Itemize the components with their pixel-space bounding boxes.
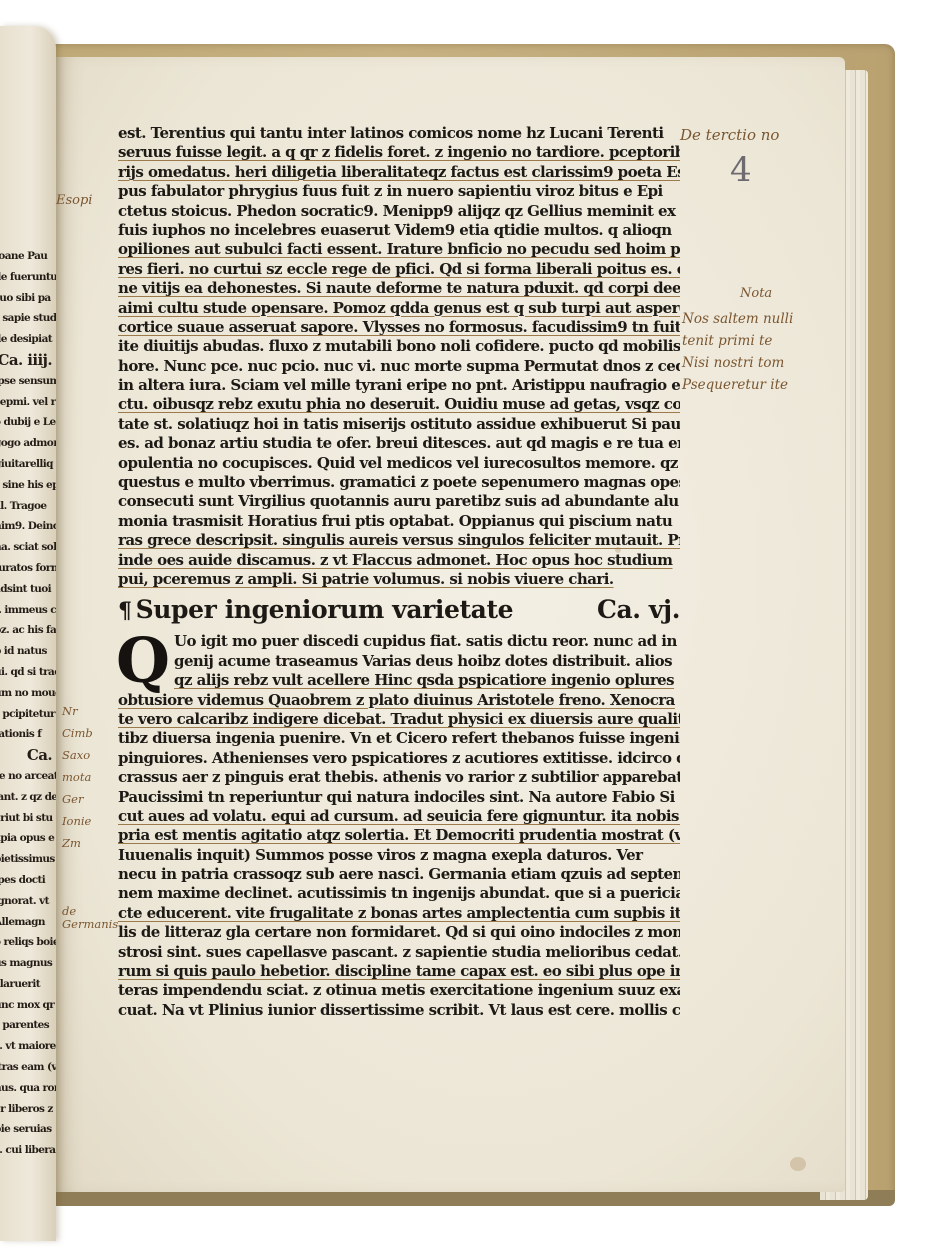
left-page-line: adsint tuoi: [0, 579, 56, 600]
left-page-line: suo sibi pa: [0, 288, 56, 309]
text-line: es. ad bonaz artiu studia te ofer. breui…: [118, 434, 680, 453]
marginal-note-esopi: Esopi: [56, 193, 92, 208]
left-page-line: nim9. Deinc: [0, 516, 56, 537]
text-line: in altera iura. Sciam vel mille tyrani e…: [118, 376, 680, 395]
left-page-line: s sine his epi: [0, 475, 56, 496]
text-line: strosi sint. sues capellasve pascant. z …: [118, 943, 680, 962]
text-line: pinguiores. Athenienses vero pspicatiore…: [118, 749, 680, 768]
marginal-note-top-right: De terctio no: [680, 126, 779, 144]
text-line: est. Terentius qui tantu inter latinos c…: [118, 124, 680, 143]
text-line: pus fabulator phrygius fuus fuit z in nu…: [118, 182, 680, 201]
text-line: cte educerent. vite frugalitate z bonas …: [118, 904, 680, 923]
left-page-line: o dubij e Lesig: [0, 412, 56, 433]
text-line: ras grece descripsit. singulis aureis ve…: [118, 531, 680, 550]
left-page-line: de fueruntu: [0, 267, 56, 288]
marginal-note-line: Psequeretur ite: [682, 374, 793, 396]
left-page-line: s pcipitetur: [0, 704, 56, 725]
pencil-folio-number: 4: [730, 150, 752, 190]
text-line: tate st. solatiuqz hoi in tatis miserijs…: [118, 415, 680, 434]
text-line: opiliones aut subulci facti essent. Irat…: [118, 240, 680, 259]
text-line: tibz diuersa ingenia puenire. Vn et Cice…: [118, 729, 680, 748]
text-line: res fieri. no curtui sz eccle rege de pf…: [118, 260, 680, 279]
text-line: crassus aer z pinguis erat thebis. athen…: [118, 768, 680, 787]
left-page-line: b id natus: [0, 641, 56, 662]
text-line: necu in patria crassoqz sub aere nasci. …: [118, 865, 680, 884]
text-line: Paucissimi tn reperiuntur qui natura ind…: [118, 788, 680, 807]
marginal-note-nota: Nota: [740, 286, 772, 301]
text-line: cortice suaue asseruat sapore. Vlysses n…: [118, 318, 680, 337]
left-page-line: bie seruias: [0, 1119, 56, 1140]
left-page-line: lle desipiat: [0, 329, 56, 350]
text-line: pria est mentis agitatio atqz solertia. …: [118, 826, 680, 845]
text-line: fuis iuphos no incelebres euaserut Videm…: [118, 221, 680, 240]
marginal-note-line: Cimb: [62, 722, 93, 744]
marginal-note-line: Nr: [62, 700, 93, 722]
left-page-line: giuitarelliq: [0, 454, 56, 475]
text-line: consecuti sunt Virgilius quotannis auru …: [118, 492, 680, 511]
pre-chapter-text: est. Terentius qui tantu inter latinos c…: [118, 124, 680, 589]
text-line: qz alijs rebz vult acellere Hinc qsda ps…: [118, 671, 680, 690]
marginal-note-line: mota: [62, 766, 93, 788]
left-page-line: ipes docti: [0, 870, 56, 891]
text-line: obtusiore videmus Quaobrem z plato diuin…: [118, 691, 680, 710]
marginal-note-line: Nisi nostri tom: [682, 352, 793, 374]
left-page-line: eriut bi stu: [0, 808, 56, 829]
left-page-line: itras eam (vt: [0, 1057, 56, 1078]
left-page-line: tationis f: [0, 724, 56, 745]
cover-bottom-edge: [52, 1190, 895, 1206]
text-line: ite diuitijs abudas. fluxo z mutabili bo…: [118, 337, 680, 356]
left-page-line: bz. ac his fam: [0, 620, 56, 641]
text-line: ne vitijs ea dehonestes. Si naute deform…: [118, 279, 680, 298]
left-page-line: s. vt maiores: [0, 1036, 56, 1057]
main-text-block: est. Terentius qui tantu inter latinos c…: [118, 124, 680, 1020]
left-page-line: Ca. iiij.: [0, 350, 56, 371]
left-page-line: us magnus: [0, 953, 56, 974]
left-page-line: um no moueor: [0, 683, 56, 704]
left-page-line: al. Tragoe: [0, 496, 56, 517]
text-line: Uo igit mo puer discedi cupidus fiat. sa…: [118, 632, 680, 651]
text-line: rum si quis paulo hebetior. discipline t…: [118, 962, 680, 981]
left-page-line: er liberos z ing: [0, 1099, 56, 1120]
chapter-number: Ca. vj.: [597, 595, 680, 625]
left-page-line: Allemagn: [0, 912, 56, 933]
text-line: questus e multo vberrimus. gramatici z p…: [118, 473, 680, 492]
pilcrow-icon: ¶: [118, 598, 132, 624]
foxing-stain: [790, 1157, 806, 1171]
chapter-opening: Q Uo igit mo puer discedi cupidus fiat. …: [118, 632, 680, 690]
text-line: ctu. oibusqz rebz exutu phia no deseruit…: [118, 395, 680, 414]
decorated-initial-q: Q: [116, 632, 174, 690]
marginal-notes-left-chapter: NrCimbSaxomotaGerIonieZm: [62, 700, 93, 854]
text-line: opulentia no cocupisces. Quid vel medico…: [118, 454, 680, 473]
left-page-line: apia opus e: [0, 828, 56, 849]
left-page-line: Ca.: [0, 745, 56, 766]
left-page-line: ipse sensum am: [0, 371, 56, 392]
left-page-line: ignorat. vt: [0, 891, 56, 912]
left-page-line: o reliqs boie: [0, 932, 56, 953]
marginal-note-block-right: Nos saltem nullitenit primi teNisi nostr…: [682, 308, 793, 396]
text-line: hore. Nunc pce. nuc pcio. nuc vi. nuc mo…: [118, 357, 680, 376]
marginal-note-line: Nos saltem nulli: [682, 308, 793, 330]
left-page-line: gogo admone: [0, 433, 56, 454]
text-line: monia trasmisit Horatius frui ptis optab…: [118, 512, 680, 531]
left-page-line: pietissimus: [0, 849, 56, 870]
text-line: cuat. Na vt Plinius iunior dissertissime…: [118, 1001, 680, 1020]
marginal-note-line: Ionie: [62, 810, 93, 832]
marginal-note-line: Zm: [62, 832, 93, 854]
left-page-line: s sapie studi: [0, 308, 56, 329]
text-line: ctetus stoicus. Phedon socratic9. Menipp…: [118, 202, 680, 221]
left-page-line: s. cui libera: [0, 1140, 56, 1161]
left-facing-page: Ioane Paude fueruntusuo sibi pas sapie s…: [0, 26, 56, 1241]
chapter-title: ¶Super ingeniorum varietate: [118, 595, 513, 626]
left-page-line: claruerit: [0, 974, 56, 995]
left-page-line: Ioane Pau: [0, 246, 56, 267]
text-line: inde oes auide discamus. z vt Flaccus ad…: [118, 551, 680, 570]
text-line: seruus fuisse legit. a q qr z fidelis fo…: [118, 143, 680, 162]
left-page-line: turatos forma: [0, 558, 56, 579]
text-line: pui, pceremus z ampli. Si patrie volumus…: [118, 570, 680, 589]
left-page-line: t. immeus cla: [0, 600, 56, 621]
marginal-note-line: Saxo: [62, 744, 93, 766]
chapter-heading: ¶Super ingeniorum varietate Ca. vj.: [118, 595, 680, 626]
text-line: nem maxime declinet. acutissimis tn inge…: [118, 884, 680, 903]
left-page-line: cepmi. vel remis: [0, 392, 56, 413]
chapter-body-text: obtusiore videmus Quaobrem z plato diuin…: [118, 691, 680, 1021]
marginal-note-line: Ger: [62, 788, 93, 810]
text-line: cut aues ad volatu. equi ad cursum. ad s…: [118, 807, 680, 826]
left-page-line: re no arceat: [0, 766, 56, 787]
text-line: teras impendendu sciat. z otinua metis e…: [118, 981, 680, 1000]
left-page-line: unc mox qr: [0, 995, 56, 1016]
marginal-note-line: tenit primi te: [682, 330, 793, 352]
text-line: aimi cultu stude opensare. Pomoz qdda ge…: [118, 299, 680, 318]
left-page-line: ui. qd si trae: [0, 662, 56, 683]
left-page-line: nus. qua rone: [0, 1078, 56, 1099]
text-line: rijs omedatus. heri diligetia liberalita…: [118, 163, 680, 182]
left-page-text: Ioane Paude fueruntusuo sibi pas sapie s…: [0, 246, 56, 1161]
text-line: genij acume traseamus Varias deus hoibz …: [118, 652, 680, 671]
left-page-line: iant. z qz deri: [0, 787, 56, 808]
marginal-note-line: Germanis: [62, 918, 118, 931]
text-line: te vero calcaribz indigere dicebat. Trad…: [118, 710, 680, 729]
text-line: Iuuenalis inquit) Summos posse viros z m…: [118, 846, 680, 865]
marginal-note-de-germanis: deGermanis: [62, 905, 118, 931]
text-line: lis de litteraz gla certare non formidar…: [118, 923, 680, 942]
left-page-line: s parentes: [0, 1015, 56, 1036]
left-page-line: na. sciat sola: [0, 537, 56, 558]
